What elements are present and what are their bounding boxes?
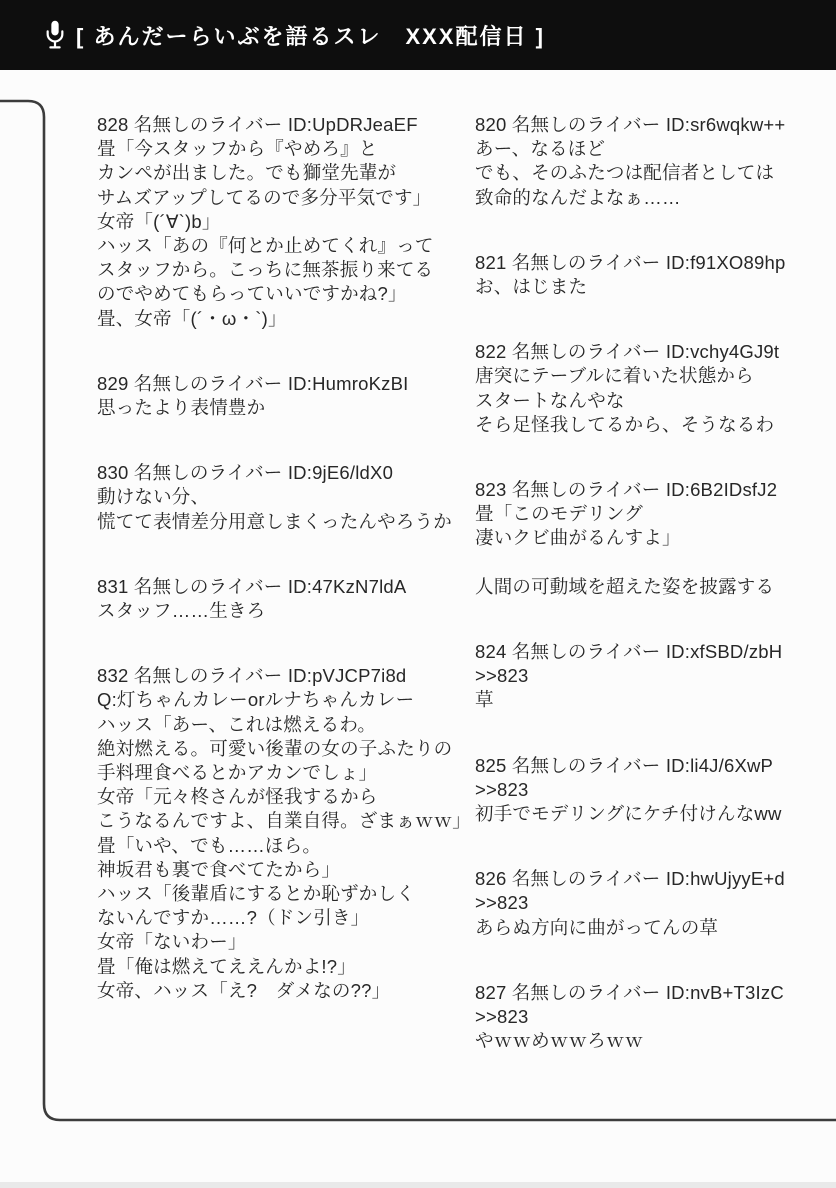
- post-header: 829 名無しのライバー ID:HumroKzBI: [97, 372, 459, 396]
- poster-id: ID:47KzN7ldA: [288, 576, 407, 597]
- poster-name: 名無しのライバー: [506, 982, 665, 1003]
- post-header: 822 名無しのライバー ID:vchy4GJ9t: [475, 340, 836, 364]
- poster-name: 名無しのライバー: [128, 462, 287, 483]
- poster-name: 名無しのライバー: [128, 114, 287, 135]
- post-number: 832: [97, 665, 128, 686]
- post-header: 826 名無しのライバー ID:hwUjyyE+d: [475, 867, 836, 891]
- post-header: 820 名無しのライバー ID:sr6wqkw++: [475, 113, 836, 137]
- post-824: 824 名無しのライバー ID:xfSBD/zbH>>823草: [475, 640, 836, 713]
- post-825: 825 名無しのライバー ID:li4J/6XwP>>823初手でモデリングにケ…: [475, 754, 836, 827]
- post-text-line: [475, 551, 836, 575]
- post-text-line: あらぬ方向に曲がってんの草: [475, 916, 836, 940]
- post-header: 831 名無しのライバー ID:47KzN7ldA: [97, 575, 459, 599]
- thread-column-right: 820 名無しのライバー ID:sr6wqkw++あー、なるほどでも、そのふたつ…: [475, 113, 836, 1094]
- post-text-line: 人間の可動域を超えた姿を披露する: [475, 575, 836, 599]
- poster-id: ID:nvB+T3IzC: [666, 982, 784, 1003]
- post-text-line: こうなるんですよ、自業自得。ざまぁｗｗ」: [97, 809, 459, 833]
- post-826: 826 名無しのライバー ID:hwUjyyE+d>>823あらぬ方向に曲がって…: [475, 867, 836, 940]
- poster-name: 名無しのライバー: [506, 341, 665, 362]
- post-827: 827 名無しのライバー ID:nvB+T3IzC>>823やｗｗめｗｗろｗｗ: [475, 981, 836, 1054]
- poster-name: 名無しのライバー: [506, 868, 665, 889]
- post-text-line: スタッフ……生きろ: [97, 599, 459, 623]
- post-number: 822: [475, 341, 506, 362]
- poster-id: ID:xfSBD/zbH: [666, 641, 783, 662]
- reply-anchor-line: >>823: [475, 891, 836, 915]
- post-text-line: 慌てて表情差分用意しまくったんやろうか: [97, 510, 459, 534]
- poster-name: 名無しのライバー: [128, 576, 287, 597]
- post-text-line: そら足怪我してるから、そうなるわ: [475, 413, 836, 437]
- poster-name: 名無しのライバー: [506, 755, 665, 776]
- post-text-line: カンペが出ました。でも獅堂先輩が: [97, 161, 459, 185]
- post-header: 830 名無しのライバー ID:9jE6/ldX0: [97, 461, 459, 485]
- poster-id: ID:pVJCP7i8d: [288, 665, 407, 686]
- post-number: 829: [97, 373, 128, 394]
- post-number: 821: [475, 252, 506, 273]
- post-text-line: 女帝「ないわー」: [97, 930, 459, 954]
- post-830: 830 名無しのライバー ID:9jE6/ldX0動けない分、慌てて表情差分用意…: [97, 461, 459, 534]
- post-823: 823 名無しのライバー ID:6B2IDsfJ2畳「このモデリング凄いクビ曲が…: [475, 478, 836, 599]
- post-text-line: 畳「いや、でも……ほら。: [97, 834, 459, 858]
- post-text-line: やｗｗめｗｗろｗｗ: [475, 1029, 836, 1053]
- post-header: 823 名無しのライバー ID:6B2IDsfJ2: [475, 478, 836, 502]
- poster-id: ID:f91XO89hp: [666, 252, 786, 273]
- post-text-line: サムズアップしてるので多分平気です」: [97, 186, 459, 210]
- post-number: 820: [475, 114, 506, 135]
- post-text-line: あー、なるほど: [475, 137, 836, 161]
- page-bottom-edge: [0, 1182, 836, 1188]
- poster-id: ID:HumroKzBI: [288, 373, 409, 394]
- post-number: 824: [475, 641, 506, 662]
- poster-id: ID:sr6wqkw++: [666, 114, 786, 135]
- post-text-line: 女帝「(´∀`)b」: [97, 210, 459, 234]
- post-header: 828 名無しのライバー ID:UpDRJeaEF: [97, 113, 459, 137]
- post-text-line: 畳「今スタッフから『やめろ』と: [97, 137, 459, 161]
- poster-name: 名無しのライバー: [506, 114, 665, 135]
- poster-id: ID:6B2IDsfJ2: [666, 479, 777, 500]
- post-text-line: でも、そのふたつは配信者としては: [475, 161, 836, 185]
- post-text-line: 絶対燃える。可愛い後輩の女の子ふたりの: [97, 737, 459, 761]
- poster-id: ID:vchy4GJ9t: [666, 341, 779, 362]
- thread-title: [ あんだーらいぶを語るスレ XXX配信日 ]: [76, 20, 545, 51]
- post-text-line: 女帝「元々柊さんが怪我するから: [97, 785, 459, 809]
- post-text-line: 畳「このモデリング: [475, 502, 836, 526]
- post-828: 828 名無しのライバー ID:UpDRJeaEF畳「今スタッフから『やめろ』と…: [97, 113, 459, 331]
- post-header: 825 名無しのライバー ID:li4J/6XwP: [475, 754, 836, 778]
- post-number: 823: [475, 479, 506, 500]
- post-822: 822 名無しのライバー ID:vchy4GJ9t唐突にテーブルに着いた状態から…: [475, 340, 836, 437]
- post-text-line: スタートなんやな: [475, 389, 836, 413]
- thread-header-bar: [ あんだーらいぶを語るスレ XXX配信日 ]: [0, 0, 836, 70]
- post-829: 829 名無しのライバー ID:HumroKzBI思ったより表情豊か: [97, 372, 459, 420]
- post-header: 824 名無しのライバー ID:xfSBD/zbH: [475, 640, 836, 664]
- post-820: 820 名無しのライバー ID:sr6wqkw++あー、なるほどでも、そのふたつ…: [475, 113, 836, 210]
- poster-name: 名無しのライバー: [128, 373, 287, 394]
- post-text-line: 凄いクビ曲がるんすよ」: [475, 526, 836, 550]
- poster-name: 名無しのライバー: [506, 252, 665, 273]
- post-text-line: 神坂君も裏で食べてたから」: [97, 858, 459, 882]
- poster-id: ID:9jE6/ldX0: [288, 462, 393, 483]
- reply-anchor-line: >>823: [475, 1005, 836, 1029]
- post-text-line: 女帝、ハッス「え? ダメなの??」: [97, 979, 459, 1003]
- post-text-line: ハッス「あー、これは燃えるわ。: [97, 713, 459, 737]
- thread-column-left: 828 名無しのライバー ID:UpDRJeaEF畳「今スタッフから『やめろ』と…: [97, 113, 459, 1044]
- post-text-line: のでやめてもらっていいですかね?」: [97, 282, 459, 306]
- reply-anchor-line: >>823: [475, 664, 836, 688]
- post-text-line: お、はじまた: [475, 275, 836, 299]
- reply-anchor-line: >>823: [475, 778, 836, 802]
- poster-name: 名無しのライバー: [506, 479, 665, 500]
- post-text-line: ハッス「あの『何とか止めてくれ』って: [97, 234, 459, 258]
- post-header: 832 名無しのライバー ID:pVJCP7i8d: [97, 664, 459, 688]
- post-text-line: 動けない分、: [97, 485, 459, 509]
- post-text-line: Q:灯ちゃんカレーorルナちゃんカレー: [97, 688, 459, 712]
- post-number: 830: [97, 462, 128, 483]
- poster-name: 名無しのライバー: [506, 641, 665, 662]
- poster-id: ID:hwUjyyE+d: [666, 868, 785, 889]
- poster-name: 名無しのライバー: [128, 665, 287, 686]
- post-number: 825: [475, 755, 506, 776]
- post-text-line: 致命的なんだよなぁ……: [475, 186, 836, 210]
- post-number: 828: [97, 114, 128, 135]
- post-text-line: 初手でモデリングにケチ付けんなww: [475, 802, 836, 826]
- post-number: 831: [97, 576, 128, 597]
- post-text-line: 手料理食べるとかアカンでしょ」: [97, 761, 459, 785]
- post-text-line: ハッス「後輩盾にするとか恥ずかしく: [97, 882, 459, 906]
- post-821: 821 名無しのライバー ID:f91XO89hpお、はじまた: [475, 251, 836, 299]
- post-831: 831 名無しのライバー ID:47KzN7ldAスタッフ……生きろ: [97, 575, 459, 623]
- post-header: 821 名無しのライバー ID:f91XO89hp: [475, 251, 836, 275]
- post-text-line: ないんですか……?（ドン引き」: [97, 906, 459, 930]
- post-text-line: 畳「俺は燃えてええんかよ!?」: [97, 955, 459, 979]
- post-header: 827 名無しのライバー ID:nvB+T3IzC: [475, 981, 836, 1005]
- post-832: 832 名無しのライバー ID:pVJCP7i8dQ:灯ちゃんカレーorルナちゃ…: [97, 664, 459, 1003]
- post-number: 826: [475, 868, 506, 889]
- post-text-line: 畳、女帝「(´・ω・`)」: [97, 307, 459, 331]
- microphone-icon: [44, 19, 66, 51]
- post-text-line: スタッフから。こっちに無茶振り来てる: [97, 258, 459, 282]
- poster-id: ID:li4J/6XwP: [666, 755, 773, 776]
- post-text-line: 唐突にテーブルに着いた状態から: [475, 364, 836, 388]
- post-text-line: 草: [475, 688, 836, 712]
- poster-id: ID:UpDRJeaEF: [288, 114, 418, 135]
- post-text-line: 思ったより表情豊か: [97, 396, 459, 420]
- post-number: 827: [475, 982, 506, 1003]
